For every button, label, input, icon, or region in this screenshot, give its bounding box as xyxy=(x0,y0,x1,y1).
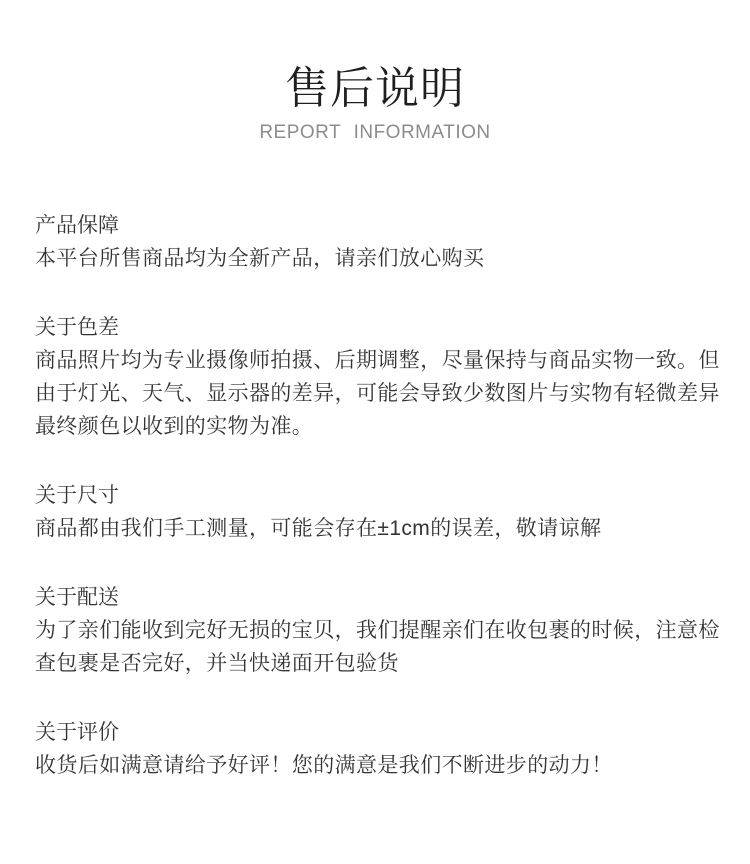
section-body-line: 商品照片均为专业摄像师拍摄、后期调整，尽量保持与商品实物一致。但 xyxy=(35,344,715,377)
info-section: 产品保障 本平台所售商品均为全新产品，请亲们放心购买 xyxy=(35,209,715,275)
section-body-line: 本平台所售商品均为全新产品，请亲们放心购买 xyxy=(35,242,715,275)
info-section: 关于配送 为了亲们能收到完好无损的宝贝，我们提醒亲们在收包裹的时候，注意检查包裹… xyxy=(35,581,715,680)
page-subtitle: REPORT INFORMATION xyxy=(0,120,750,146)
section-heading: 关于配送 xyxy=(35,581,715,614)
after-sales-page: 售后说明 REPORT INFORMATION 产品保障 本平台所售商品均为全新… xyxy=(0,0,750,864)
page-title: 售后说明 xyxy=(0,62,750,116)
info-section: 关于色差 商品照片均为专业摄像师拍摄、后期调整，尽量保持与商品实物一致。但由于灯… xyxy=(35,311,715,443)
section-body-line: 最终颜色以收到的实物为准。 xyxy=(35,410,715,443)
section-heading: 关于尺寸 xyxy=(35,479,715,512)
section-body-line: 商品都由我们手工测量，可能会存在±1cm的误差，敬请谅解 xyxy=(35,512,715,545)
section-heading: 产品保障 xyxy=(35,209,715,242)
section-body: 收货后如满意请给予好评！您的满意是我们不断进步的动力！ xyxy=(35,749,715,782)
section-heading: 关于评价 xyxy=(35,716,715,749)
sections-container: 产品保障 本平台所售商品均为全新产品，请亲们放心购买 关于色差 商品照片均为专业… xyxy=(35,209,715,782)
page-header: 售后说明 REPORT INFORMATION xyxy=(0,0,750,146)
section-heading: 关于色差 xyxy=(35,311,715,344)
info-section: 关于尺寸 商品都由我们手工测量，可能会存在±1cm的误差，敬请谅解 xyxy=(35,479,715,545)
section-body-line: 收货后如满意请给予好评！您的满意是我们不断进步的动力！ xyxy=(35,749,715,782)
section-body: 商品都由我们手工测量，可能会存在±1cm的误差，敬请谅解 xyxy=(35,512,715,545)
info-section: 关于评价 收货后如满意请给予好评！您的满意是我们不断进步的动力！ xyxy=(35,716,715,782)
section-body: 商品照片均为专业摄像师拍摄、后期调整，尽量保持与商品实物一致。但由于灯光、天气、… xyxy=(35,344,715,443)
section-body: 本平台所售商品均为全新产品，请亲们放心购买 xyxy=(35,242,715,275)
section-body-line: 查包裹是否完好，并当快递面开包验货 xyxy=(35,647,715,680)
section-body-line: 由于灯光、天气、显示器的差异，可能会导致少数图片与实物有轻微差异 xyxy=(35,377,715,410)
section-body-line: 为了亲们能收到完好无损的宝贝，我们提醒亲们在收包裹的时候，注意检 xyxy=(35,614,715,647)
section-body: 为了亲们能收到完好无损的宝贝，我们提醒亲们在收包裹的时候，注意检查包裹是否完好，… xyxy=(35,614,715,680)
